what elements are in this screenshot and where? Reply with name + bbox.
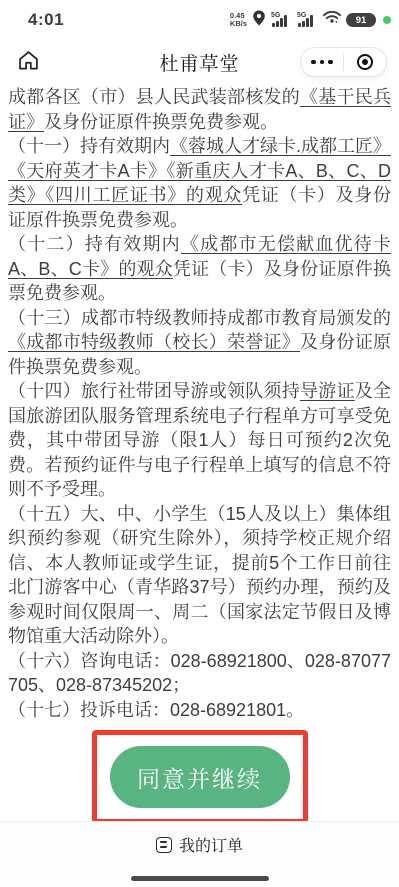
capsule-target-icon [357,54,373,70]
signal-strength-icon-1: 5G [271,12,292,28]
status-icons: 0.45 KB/s 5G 5G [230,10,391,31]
underlined-term: 《成都市特级教师（校长）荣誉证》 [8,332,300,352]
order-icon [156,837,172,853]
terms-segment: （十三）成都市特级教师持成都市教育局颁发的 [8,308,391,328]
terms-paragraph: （十一）持有效期内《蓉城人才绿卡.成都工匠》《天府英才卡A卡》《新重庆人才卡A、… [8,134,391,232]
battery-indicator: 91 [346,13,376,27]
terms-segment: 成都各区（市）县人民武装部核发的 [8,87,300,107]
terms-paragraph: （十五）大、中、小学生（15人及以上）集体组织预约参观（研究生除外），须持学校正… [8,502,391,649]
home-button[interactable] [16,50,40,74]
nav-bar: 杜甫草堂 [0,40,399,84]
terms-paragraph: 成都各区（市）县人民武装部核发的《基干民兵证》及身份证原件换票免费参观。 [8,85,391,134]
terms-paragraph: （十四）旅行社带团导游或领队须持导游证及全国旅游团队服务管理系统电子行程单方可享… [8,379,391,502]
my-orders-label: 我的订单 [179,833,243,856]
location-icon [252,10,266,31]
mini-program-screen: 4:01 0.45 KB/s 5G 5G [0,0,399,887]
status-bar: 4:01 0.45 KB/s 5G 5G [0,0,399,40]
bottom-bar: 我的订单 [0,821,399,887]
mini-program-capsule [300,47,387,77]
terms-paragraph: （十三）成都市特级教师持成都市教育局颁发的《成都市特级教师（校长）荣誉证》及身份… [8,306,391,380]
terms-text: 成都各区（市）县人民武装部核发的《基干民兵证》及身份证原件换票免费参观。（十一）… [8,85,391,722]
my-orders-button[interactable]: 我的订单 [0,833,399,856]
status-dot [383,16,391,24]
terms-segment: （十六）咨询电话：028-68921800、028-87077705、028-8… [8,651,391,696]
terms-segment: （十四）旅行社带团导游或领队须持 [8,381,300,401]
clock-text: 4:01 [28,10,64,30]
agree-button-zone: 同意并继续 [8,730,391,822]
network-speed-unit: KB/s [230,19,247,28]
underlined-term: 导游证 [300,381,355,401]
terms-segment: （十一）持有效期内 [8,136,170,156]
terms-paragraph: （十七）投诉电话：028-68921801。 [8,698,391,723]
terms-paragraph: （十二）持有效期内《成都市无偿献血优待卡A、B、C卡》的观众凭证（卡）及身份证原… [8,232,391,306]
minimize-button[interactable] [344,48,386,76]
terms-segment: （十二）持有效期内 [8,234,181,254]
more-icon [311,60,333,65]
terms-segment: 及身份证原件换票免费参观。 [44,112,278,132]
terms-paragraph: （十六）咨询电话：028-68921800、028-87077705、028-8… [8,649,391,698]
more-button[interactable] [301,48,343,76]
network-speed-text: 0.45 KB/s [230,12,247,28]
wifi-icon [323,10,341,30]
signal-strength-icon-2: 5G [297,12,318,28]
terms-segment: （十七）投诉电话：028-68921801。 [8,700,304,720]
home-icon [17,49,40,75]
terms-scroll-area[interactable]: 成都各区（市）县人民武装部核发的《基干民兵证》及身份证原件换票免费参观。（十一）… [0,84,399,822]
annotation-highlight-box: 同意并继续 [92,730,308,822]
terms-segment: （十五）大、中、小学生（15人及以上）集体组织预约参观（研究生除外），须持学校正… [8,504,391,647]
home-indicator[interactable] [131,876,269,881]
agree-continue-button[interactable]: 同意并继续 [110,746,290,808]
